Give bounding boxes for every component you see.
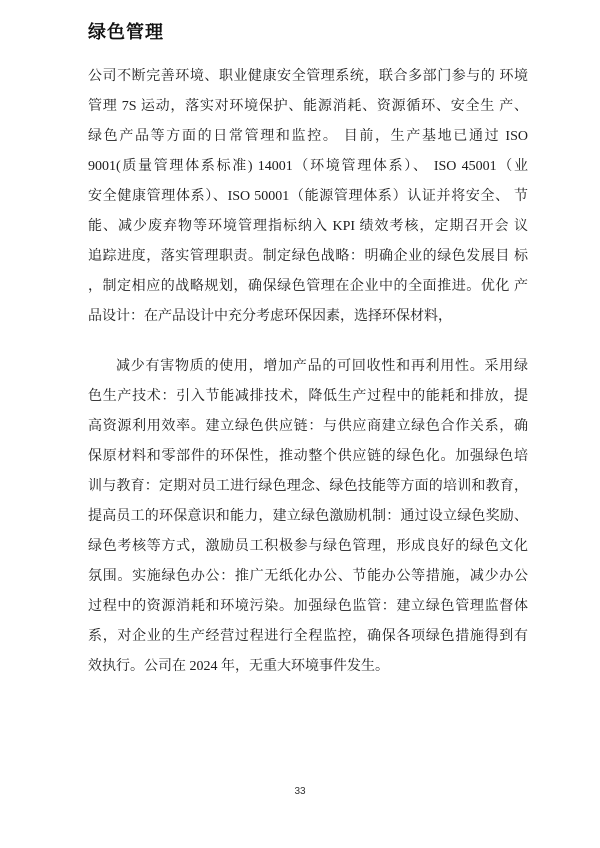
paragraph-line: 9001(质量管理体系标准) 14001（环境管理体系）、 ISO 45001（… (88, 152, 528, 182)
paragraph-line: 保原材料和零部件的环保性，推动整个供应链的绿色化。加强绿色培 (88, 442, 528, 472)
paragraph-line: 绿色考核等方式，激励员工积极参与绿色管理，形成良好的绿色文化 (88, 532, 528, 562)
page-title: 绿色管理 (88, 18, 164, 44)
document-body: 公司不断完善环境、职业健康安全管理系统，联合多部门参与的 环境管理 7S 运动，… (88, 62, 528, 682)
paragraph: 减少有害物质的使用，增加产品的可回收性和再利用性。采用绿色生产技术：引入节能减排… (88, 352, 528, 682)
paragraph-line: 能、减少废弃物等环境管理指标纳入 KPI 绩效考核，定期召开会 议 (88, 212, 528, 242)
paragraph-line: 系，对企业的生产经营过程进行全程监控，确保各项绿色措施得到有 (88, 622, 528, 652)
paragraph-line: 减少有害物质的使用，增加产品的可回收性和再利用性。采用绿 (88, 352, 528, 382)
paragraph-line: 公司不断完善环境、职业健康安全管理系统，联合多部门参与的 环境 (88, 62, 528, 92)
paragraph: 公司不断完善环境、职业健康安全管理系统，联合多部门参与的 环境管理 7S 运动，… (88, 62, 528, 332)
paragraph-line: 氛围。实施绿色办公：推广无纸化办公、节能办公等措施，减少办公 (88, 562, 528, 592)
paragraph-line: 过程中的资源消耗和环境污染。加强绿色监管：建立绿色管理监督体 (88, 592, 528, 622)
paragraph-line: 训与教育：定期对员工进行绿色理念、绿色技能等方面的培训和教育， (88, 472, 528, 502)
paragraph-line: 绿色产品等方面的日常管理和监控。 目前，生产基地已通过 ISO (88, 122, 528, 152)
paragraph-line: ，制定相应的战略规划，确保绿色管理在企业中的全面推进。优化 产 (88, 272, 528, 302)
page-number: 33 (0, 786, 600, 797)
paragraph-line: 高资源利用效率。建立绿色供应链：与供应商建立绿色合作关系，确 (88, 412, 528, 442)
paragraph-line: 色生产技术：引入节能减排技术，降低生产过程中的能耗和排放，提 (88, 382, 528, 412)
paragraph-line: 追踪进度，落实管理职责。制定绿色战略：明确企业的绿色发展目 标 (88, 242, 528, 272)
paragraph-line: 安全健康管理体系）、ISO 50001（能源管理体系）认证并将安全、 节 (88, 182, 528, 212)
paragraph-line: 管理 7S 运动，落实对环境保护、能源消耗、资源循环、安全生 产、 (88, 92, 528, 122)
document-page: 绿色管理 公司不断完善环境、职业健康安全管理系统，联合多部门参与的 环境管理 7… (0, 0, 600, 848)
paragraph-line: 提高员工的环保意识和能力，建立绿色激励机制：通过设立绿色奖励、 (88, 502, 528, 532)
paragraph-line: 品设计：在产品设计中充分考虑环保因素，选择环保材料， (88, 302, 528, 332)
paragraph-line: 效执行。公司在 2024 年，无重大环境事件发生。 (88, 652, 528, 682)
